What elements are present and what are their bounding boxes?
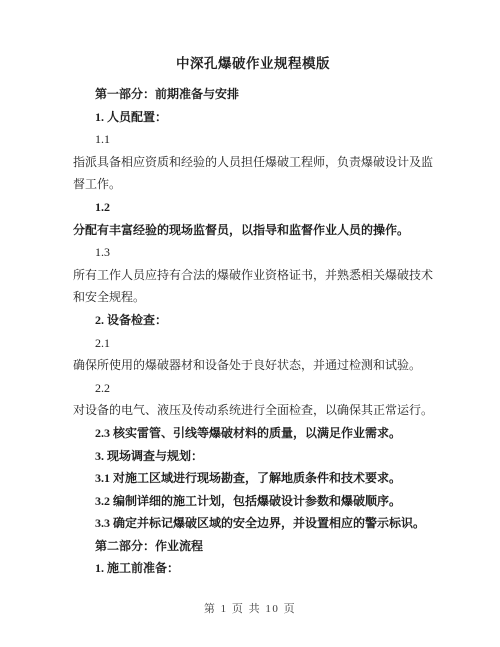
part1-heading: 第一部分：前期准备与安排 [73, 83, 433, 106]
item-1-2-text: 分配有丰富经验的现场监督员，以指导和监督作业人员的操作。 [73, 219, 433, 242]
item-2-2-number: 2.2 [73, 377, 433, 400]
document-body: 中深孔爆破作业规程模版 第一部分：前期准备与安排 1. 人员配置： 1.1 指派… [73, 53, 433, 580]
item-2-2-text: 对设备的电气、液压及传动系统进行全面检查，以确保其正常运行。 [73, 399, 433, 422]
item-1-1-text-line1: 指派具备相应资质和经验的人员担任爆破工程师，负责爆破设计及监 [73, 151, 433, 174]
section1-heading: 1. 人员配置： [73, 106, 433, 129]
page-number-footer: 第 1 页 共 10 页 [0, 600, 500, 618]
document-title: 中深孔爆破作业规程模版 [73, 53, 433, 75]
item-2-3: 2.3 核实雷管、引线等爆破材料的质量，以满足作业需求。 [73, 422, 433, 445]
item-3-3: 3.3 确定并标记爆破区域的安全边界，并设置相应的警示标识。 [73, 512, 433, 535]
item-1-3-text-line2: 和安全规程。 [73, 286, 433, 309]
part2-heading: 第二部分：作业流程 [73, 535, 433, 558]
item-2-1-text: 确保所使用的爆破器材和设备处于良好状态，并通过检测和试验。 [73, 354, 433, 377]
item-2-1-number: 2.1 [73, 332, 433, 355]
item-1-3-number: 1.3 [73, 241, 433, 264]
item-3-2: 3.2 编制详细的施工计划，包括爆破设计参数和爆破顺序。 [73, 490, 433, 513]
item-3-1: 3.1 对施工区域进行现场勘查，了解地质条件和技术要求。 [73, 467, 433, 490]
item-1-1-text-line2: 督工作。 [73, 173, 433, 196]
document-page: 中深孔爆破作业规程模版 第一部分：前期准备与安排 1. 人员配置： 1.1 指派… [0, 0, 500, 647]
item-1-2-number: 1.2 [73, 196, 433, 219]
item-1-1-number: 1.1 [73, 128, 433, 151]
item-1-3-text-line1: 所有工作人员应持有合法的爆破作业资格证书，并熟悉相关爆破技术 [73, 264, 433, 287]
section3-heading: 3. 现场调查与规划： [73, 445, 433, 468]
part2-section1-heading: 1. 施工前准备： [73, 557, 433, 580]
section2-heading: 2. 设备检查： [73, 309, 433, 332]
